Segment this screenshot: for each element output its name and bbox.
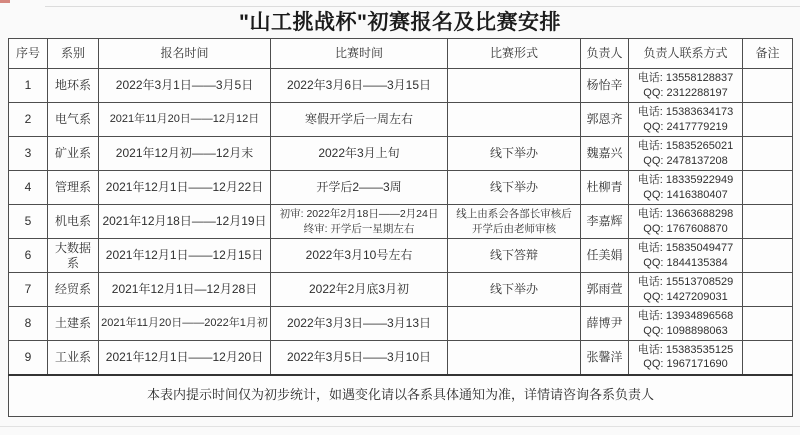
cell-dept: 地环系: [48, 69, 99, 103]
cell-match-time: 开学后2——3周: [271, 171, 448, 205]
cell-leader: 魏嘉兴: [581, 137, 629, 171]
cell-match-time: 2022年2月底3月初: [271, 273, 448, 307]
cell-format: 线上由系会各部长审核后 开学后由老师审核: [448, 205, 581, 239]
cell-match-time: 2022年3月5日——3月10日: [271, 341, 448, 375]
cell-format: 线下答辩: [448, 239, 581, 273]
cell-signup-time: 2021年12月1日——12月15日: [99, 239, 271, 273]
table-row: 3 矿业系 2021年12月初——12月末 2022年3月上旬 线下举办 魏嘉兴…: [9, 137, 793, 171]
cell-no: 4: [9, 171, 48, 205]
cell-format: [448, 307, 581, 341]
schedule-table: 序号 系别 报名时间 比赛时间 比赛形式 负责人 负责人联系方式 备注 1 地环…: [8, 38, 793, 417]
cell-signup-time: 2021年11月20日——12月12日: [99, 103, 271, 137]
cell-contact: 电话: 15513708529 QQ: 1427209031: [629, 273, 743, 307]
cell-signup-time: 2021年11月20日——2022年1月初: [99, 307, 271, 341]
cell-leader: 张馨洋: [581, 341, 629, 375]
cell-note: [743, 171, 793, 205]
col-header-no: 序号: [9, 39, 48, 69]
cell-no: 8: [9, 307, 48, 341]
cell-contact: 电话: 15835049477 QQ: 1844135384: [629, 239, 743, 273]
cell-signup-time: 2022年3月1日——3月5日: [99, 69, 271, 103]
cell-no: 3: [9, 137, 48, 171]
cell-contact: 电话: 18335922949 QQ: 1416380407: [629, 171, 743, 205]
cell-format: [448, 103, 581, 137]
cell-contact: 电话: 15383535125 QQ: 1967171690: [629, 341, 743, 375]
col-header-format: 比赛形式: [448, 39, 581, 69]
cell-format: 线下举办: [448, 171, 581, 205]
cell-dept: 机电系: [48, 205, 99, 239]
cell-match-time: 寒假开学后一周左右: [271, 103, 448, 137]
cell-contact: 电话: 15835265021 QQ: 2478137208: [629, 137, 743, 171]
table-row: 2 电气系 2021年11月20日——12月12日 寒假开学后一周左右 郭恩齐 …: [9, 103, 793, 137]
cell-note: [743, 239, 793, 273]
cell-note: [743, 273, 793, 307]
cell-signup-time: 2021年12月1日——12月20日: [99, 341, 271, 375]
cell-match-time: 2022年3月上旬: [271, 137, 448, 171]
table-row: 5 机电系 2021年12月18日——12月19日 初审: 2022年2月18日…: [9, 205, 793, 239]
table-row: 4 管理系 2021年12月1日——12月22日 开学后2——3周 线下举办 杜…: [9, 171, 793, 205]
page-title: "山工挑战杯"初赛报名及比赛安排: [0, 6, 800, 36]
cell-dept: 管理系: [48, 171, 99, 205]
cell-format: 线下举办: [448, 273, 581, 307]
cell-match-time: 2022年3月6日——3月15日: [271, 69, 448, 103]
cell-no: 1: [9, 69, 48, 103]
col-header-leader: 负责人: [581, 39, 629, 69]
cell-contact: 电话: 15383634173 QQ: 2417779219: [629, 103, 743, 137]
cell-contact: 电话: 13558128837 QQ: 2312288197: [629, 69, 743, 103]
cell-signup-time: 2021年12月1日—12月28日: [99, 273, 271, 307]
cell-signup-time: 2021年12月1日——12月22日: [99, 171, 271, 205]
cell-note: [743, 103, 793, 137]
cell-dept: 电气系: [48, 103, 99, 137]
footer-note-row: 本表内提示时间仅为初步统计，如遇变化请以各系具体通知为准，详情请咨询各系负责人: [9, 375, 793, 417]
cell-signup-time: 2021年12月初——12月末: [99, 137, 271, 171]
cell-dept: 大数据系: [48, 239, 99, 273]
cell-note: [743, 341, 793, 375]
footer-note: 本表内提示时间仅为初步统计，如遇变化请以各系具体通知为准，详情请咨询各系负责人: [9, 375, 793, 417]
cell-note: [743, 205, 793, 239]
cell-format: [448, 341, 581, 375]
table-row: 8 土建系 2021年11月20日——2022年1月初 2022年3月3日——3…: [9, 307, 793, 341]
col-header-match-time: 比赛时间: [271, 39, 448, 69]
cell-dept: 经贸系: [48, 273, 99, 307]
cell-leader: 郭雨萱: [581, 273, 629, 307]
table-row: 9 工业系 2021年12月1日——12月20日 2022年3月5日——3月10…: [9, 341, 793, 375]
cell-format: [448, 69, 581, 103]
col-header-note: 备注: [743, 39, 793, 69]
cell-contact: 电话: 13663688298 QQ: 1767608870: [629, 205, 743, 239]
bottom-edge-line: [0, 426, 800, 427]
cell-match-time: 初审: 2022年2月18日——2月24日 终审: 开学后一星期左右: [271, 205, 448, 239]
cell-dept: 矿业系: [48, 137, 99, 171]
cell-dept: 土建系: [48, 307, 99, 341]
cell-leader: 郭恩齐: [581, 103, 629, 137]
cell-note: [743, 307, 793, 341]
page: "山工挑战杯"初赛报名及比赛安排 序号 系别 报名时间 比赛时间 比赛形式 负责…: [0, 0, 800, 435]
cell-leader: 薛博尹: [581, 307, 629, 341]
cell-no: 5: [9, 205, 48, 239]
cell-no: 9: [9, 341, 48, 375]
cell-signup-time: 2021年12月18日——12月19日: [99, 205, 271, 239]
table-row: 6 大数据系 2021年12月1日——12月15日 2022年3月10号左右 线…: [9, 239, 793, 273]
cell-no: 7: [9, 273, 48, 307]
table-row: 7 经贸系 2021年12月1日—12月28日 2022年2月底3月初 线下举办…: [9, 273, 793, 307]
cell-leader: 杨怡辛: [581, 69, 629, 103]
cell-contact: 电话: 13934896568 QQ: 1098898063: [629, 307, 743, 341]
cell-no: 6: [9, 239, 48, 273]
cell-note: [743, 69, 793, 103]
cell-match-time: 2022年3月3日——3月13日: [271, 307, 448, 341]
header-row: 序号 系别 报名时间 比赛时间 比赛形式 负责人 负责人联系方式 备注: [9, 39, 793, 69]
cell-leader: 任美娟: [581, 239, 629, 273]
col-header-signup-time: 报名时间: [99, 39, 271, 69]
table-row: 1 地环系 2022年3月1日——3月5日 2022年3月6日——3月15日 杨…: [9, 69, 793, 103]
cell-dept: 工业系: [48, 341, 99, 375]
cell-leader: 杜柳青: [581, 171, 629, 205]
cell-note: [743, 137, 793, 171]
cell-leader: 李嘉辉: [581, 205, 629, 239]
cell-match-time: 2022年3月10号左右: [271, 239, 448, 273]
photo-artifact-mark: [0, 0, 10, 3]
cell-no: 2: [9, 103, 48, 137]
col-header-dept: 系别: [48, 39, 99, 69]
cell-format: 线下举办: [448, 137, 581, 171]
col-header-contact: 负责人联系方式: [629, 39, 743, 69]
